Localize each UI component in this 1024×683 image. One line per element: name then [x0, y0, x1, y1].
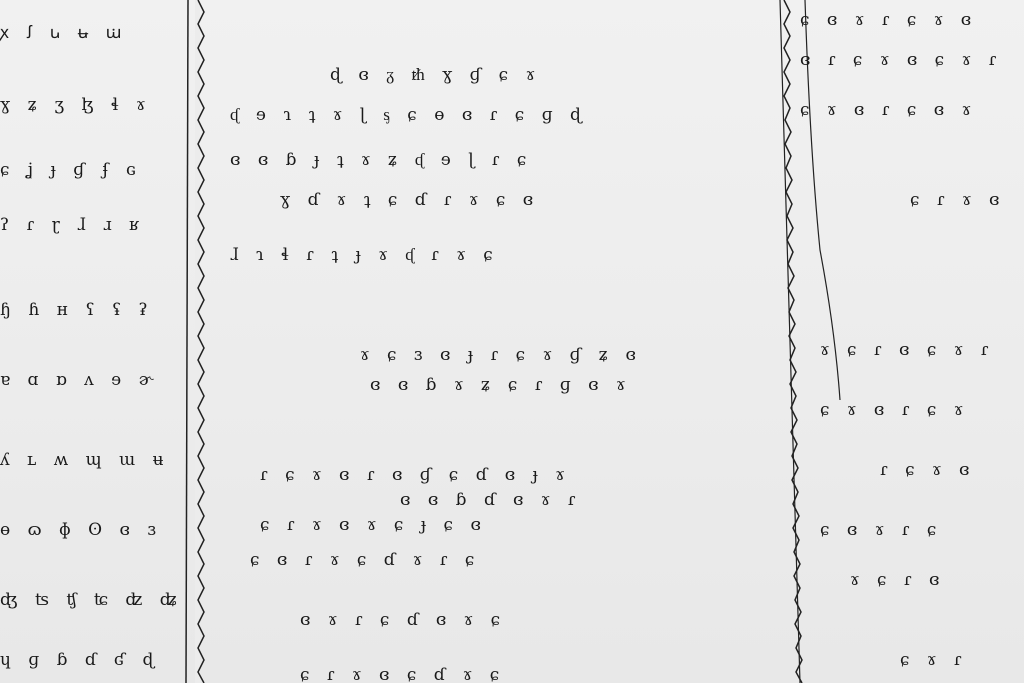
glyph-row: ɕ ɾ ɤ ɞ: [910, 190, 1005, 210]
glyph-row: ɤ ɕ ɾ ɞ ɕ ɤ ɾ: [820, 340, 994, 360]
glyph-row: ɕ ɤ ɞ ɾ ɕ ɤ: [820, 400, 969, 420]
zigzag-stitch-left: [180, 0, 220, 683]
glyph-row: ɾ ɕ ɤ ɞ ɾ ɞ ɠ ɕ ɗ ɞ ɟ ɤ: [260, 465, 571, 485]
glyph-row: ɞ ɞ ɓ ɤ ʑ ɕ ɾ ɡ ɞ ɤ: [370, 375, 632, 395]
glyph-row: ɕ ɞ ɤ ɾ ɕ ɤ ɞ: [800, 10, 977, 30]
glyph-row: ɺ ɿ ɬ ɾ ʇ ɟ ɤ ᶑ ɾ ɤ ɕ: [230, 245, 499, 265]
glyph-row: ɾ ɕ ɤ ɞ: [880, 460, 975, 480]
glyph-row: ɞ ɾ ɕ ɤ ɞ ɕ ɤ ɾ: [800, 50, 1002, 70]
glyph-row: ɣ ʑ ʒ ɮ ɬ ɤ: [0, 95, 152, 115]
glyph-row: ɧ ɦ ʜ ʕ ʢ ʡ: [0, 300, 154, 320]
glyph-row: ɞ ɤ ɾ ɕ ɗ ɞ ɤ ɕ: [300, 610, 506, 630]
glyph-row: ɤ ɕ ɾ ɞ: [850, 570, 945, 590]
glyph-row: ɥ ɡ ɓ ɗ ʛ ɖ: [0, 650, 160, 670]
glyph-row: ɞ ɞ ɓ ɗ ɞ ɤ ɾ: [400, 490, 581, 510]
glyph-row: ɖ ɞ ᵹ ᵺ ɣ ɠ ɕ ɤ: [330, 65, 541, 85]
paper-panel-center: [200, 0, 795, 683]
glyph-row: ɕ ɞ ɾ ɤ ɕ ɗ ɤ ɾ ɕ: [250, 550, 480, 570]
glyph-row: ɕ ɤ ɞ ɾ ɕ ɞ ɤ: [800, 100, 977, 120]
glyph-row: ʎ ʟ ʍ ɰ ɯ ʉ: [0, 450, 170, 470]
glyph-row: ᶑ ɘ ɿ ʇ ɤ ɭ ᶊ ɕ ɵ ɞ ɾ ɕ ɡ ɖ: [230, 105, 587, 125]
glyph-row: ɞ ɞ ɓ ɟ ʇ ɤ ʑ ᶑ ɘ ɭ ɾ ɕ: [230, 150, 532, 170]
glyph-row: ɕ ɾ ɤ ɞ ɤ ɕ ɟ ɕ ɞ: [260, 515, 487, 535]
glyph-row: ɕ ɤ ɾ: [900, 650, 968, 670]
glyph-row: ɤ ɕ ɜ ɞ ɟ ɾ ɕ ɤ ɠ ʑ ɞ: [360, 345, 642, 365]
glyph-row: ꭗ ꭍ ꭎ ꭏ ꭐ: [0, 20, 127, 43]
glyph-row: ɵ ɷ ɸ ʘ ɞ ɜ: [0, 520, 162, 540]
glyph-row: ɕ ɾ ɤ ɞ ɕ ɗ ɤ ɕ: [300, 665, 505, 683]
glyph-row: ɕ ɞ ɤ ɾ ɕ: [820, 520, 942, 540]
glyph-row: ɕ ʝ ɟ ɠ ʄ ɢ: [0, 160, 142, 180]
glyph-row: ɣ ɗ ɤ ʇ ɕ ɗ ɾ ɤ ɕ ɞ: [280, 190, 539, 210]
glyph-row: ɐ ɑ ɒ ʌ ɘ ɚ: [0, 370, 159, 390]
glyph-row: ʤ ʦ ʧ ʨ ʣ ʥ: [0, 590, 183, 610]
glyph-row: ʔ ɾ ɽ ɺ ɹ ʁ: [0, 215, 145, 235]
